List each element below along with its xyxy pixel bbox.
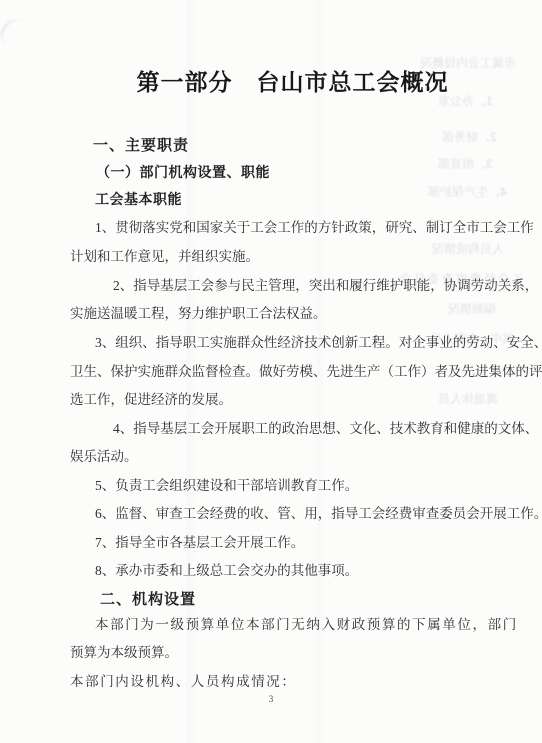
bleedthrough-mark: 人员构成情况 [432,240,504,257]
para4-line2: 娱乐活动。 [70,449,138,465]
para10-line1: 本部门内设机构、人员构成情况： [70,674,297,690]
para5-line1: 5、负责工会组织建设和干部培训教育工作。 [95,478,358,494]
bleedthrough-mark: 3、组宣部 [438,155,493,172]
para2-line2: 实施送温暖工程，努力维护职工合法权益。 [70,306,327,322]
bleedthrough-mark: 离退休人员 [438,390,498,407]
para3-line2: 卫生、保护实施群众监督检查。做好劳模、先进生产（工作）者及先进集体的评 [70,364,542,380]
bleedthrough-mark: 编制情况 [448,300,496,317]
para1-line2: 计划和工作意见，并组织实施。 [70,249,259,265]
para8-line1: 8、承办市委和上级总工会交办的其他事项。 [95,563,358,579]
para1-line1: 1、贯彻落实党和国家关于工会工作的方针政策，研究、制订全市工会工作 [95,220,534,236]
section1-subsubheading: 工会基本职能 [95,189,182,209]
para7-line1: 7、指导全市各基层工会开展工作。 [95,535,304,551]
section1-heading: 一、主要职责 [93,134,189,155]
page-number: 3 [0,694,542,704]
section2-heading: 二、机构设置 [100,588,196,609]
bleedthrough-mark: 2、财务部 [442,128,497,145]
para9-line1: 本部门为一级预算单位本部门无纳入财政预算的下属单位，部门 [95,617,518,633]
scanned-document-page: 市属工会内设概况 1、办公室 2、财务部 3、组宣部 4、生产保护部 人员构成情… [0,0,542,743]
bleedthrough-mark: 4、生产保护部 [428,183,507,200]
section1-subheading: （一）部门机构设置、职能 [96,162,270,182]
para9-line2: 预算为本级预算。 [70,645,178,661]
document-title: 第一部分 台山市总工会概况 [70,64,515,97]
para6-line1: 6、监督、审查工会经费的收、管、用，指导工会经费审查委员会开展工作。 [95,506,542,522]
para4-line1: 4、指导基层工会开展职工的政治思想、文化、技术教育和健康的文体、 [113,421,538,437]
para2-line1: 2、指导基层工会参与民主管理，突出和履行维护职能，协调劳动关系， [113,278,538,294]
para3-line3: 选工作，促进经济的发展。 [70,392,232,408]
para3-line1: 3、组织、指导职工实施群众性经济技术创新工程。对企事业的劳动、安全、 [95,335,542,351]
scan-corner-smudge [0,14,35,53]
